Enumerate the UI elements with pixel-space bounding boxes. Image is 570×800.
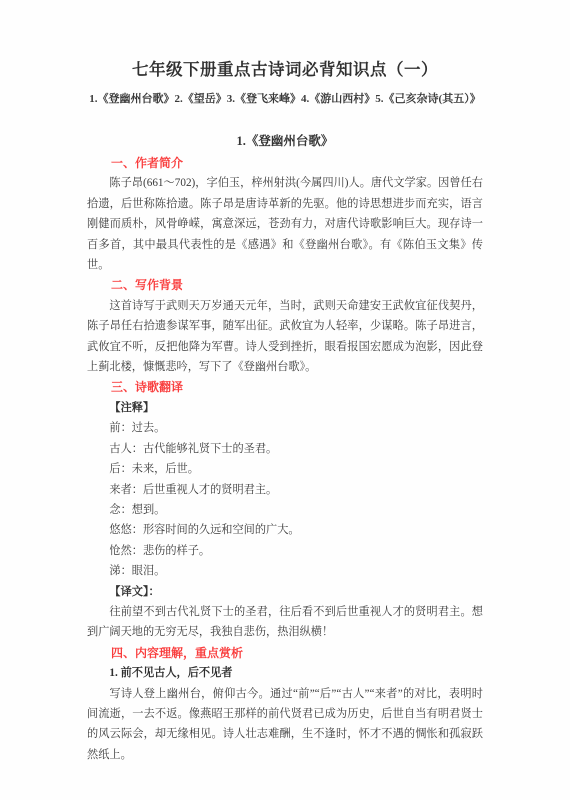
paragraph: 往前望不到古代礼贤下士的圣君，往后看不到后世重视人才的贤明君主。想到广阔天地的无… — [87, 602, 483, 643]
document-page: 七年级下册重点古诗词必背知识点（一） 1.《登幽州台歌》2.《望岳》3.《登飞来… — [0, 0, 570, 800]
poem-list: 1.《登幽州台歌》2.《望岳》3.《登飞来峰》4.《游山西村》5.《己亥杂诗(其… — [62, 92, 508, 107]
note-line: 后：未来，后世。 — [87, 459, 483, 479]
paragraph: 陈子昂(661～702)，字伯玉，梓州射洪(今属四川)人。唐代文学家。因曾任右拾… — [87, 173, 483, 275]
subheading: 1. 前不见古人，后不见者 — [87, 663, 483, 683]
note-line: 悠悠：形容时间的久远和空间的广大。 — [87, 520, 483, 540]
note-line: 来者：后世重视人才的贤明君主。 — [87, 480, 483, 500]
label-line: 【注释】 — [87, 398, 483, 418]
section-heading: 二、写作背景 — [87, 275, 483, 295]
note-line: 前：过去。 — [87, 418, 483, 438]
section-heading: 一、作者简介 — [87, 153, 483, 173]
section: 一、作者简介陈子昂(661～702)，字伯玉，梓州射洪(今属四川)人。唐代文学家… — [87, 153, 483, 275]
section-heading: 三、诗歌翻译 — [87, 377, 483, 397]
page-title: 七年级下册重点古诗词必背知识点（一） — [87, 58, 483, 82]
note-line: 涕：眼泪。 — [87, 561, 483, 581]
note-line: 念：想到。 — [87, 500, 483, 520]
section: 三、诗歌翻译【注释】前：过去。古人：古代能够礼贤下士的圣君。后：未来，后世。来者… — [87, 377, 483, 642]
section: 四、内容理解，重点赏析1. 前不见古人，后不见者写诗人登上幽州台，俯仰古今。通过… — [87, 643, 483, 765]
paragraph: 这首诗写于武则天万岁通天元年，当时，武则天命建安王武攸宜征伐契丹，陈子昂任右拾遗… — [87, 296, 483, 378]
note-line: 怆然：悲伤的样子。 — [87, 541, 483, 561]
document-content: 一、作者简介陈子昂(661～702)，字伯玉，梓州射洪(今属四川)人。唐代文学家… — [87, 153, 483, 765]
section: 二、写作背景这首诗写于武则天万岁通天元年，当时，武则天命建安王武攸宜征伐契丹，陈… — [87, 275, 483, 377]
label-line: 【译文】： — [87, 582, 483, 602]
paragraph: 写诗人登上幽州台，俯仰古今。通过“前”“后”“古人”“来者”的对比，表明时间流逝… — [87, 684, 483, 766]
section-heading: 四、内容理解，重点赏析 — [87, 643, 483, 663]
poem-heading: 1.《登幽州台歌》 — [87, 133, 483, 150]
note-line: 古人：古代能够礼贤下士的圣君。 — [87, 439, 483, 459]
